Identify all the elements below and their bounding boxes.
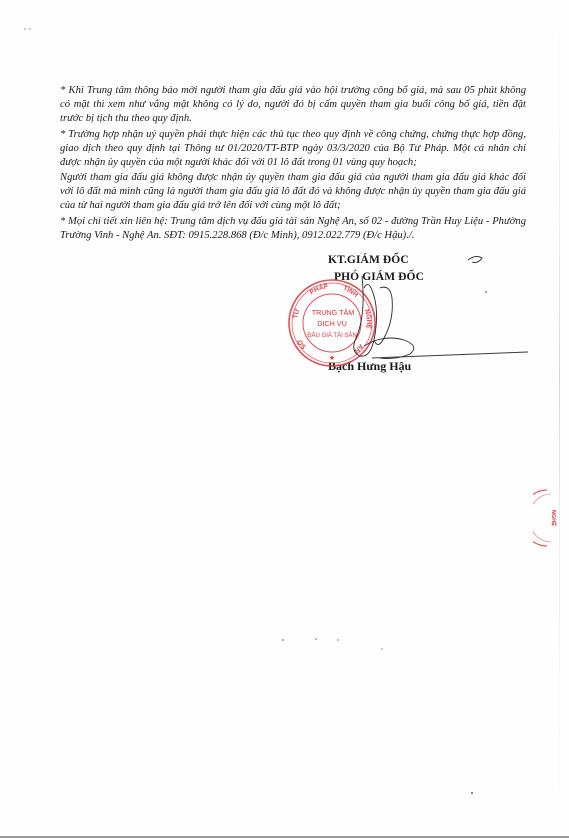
- paragraph-auction-attendance: * Khi Trung tâm thông báo mời người tham…: [60, 84, 526, 126]
- svg-text:NGHỆ: NGHỆ: [550, 510, 558, 526]
- svg-text:ĐẤU GIÁ TÀI SẢN: ĐẤU GIÁ TÀI SẢN: [307, 332, 357, 339]
- svg-text:DỊCH VỤ: DỊCH VỤ: [317, 319, 347, 328]
- svg-text:TƯ: TƯ: [292, 307, 301, 319]
- scan-edge: [559, 0, 560, 838]
- document-body: * Khi Trung tâm thông báo mời người tham…: [60, 84, 526, 243]
- scan-speck: [29, 28, 31, 30]
- scan-speck: [315, 638, 317, 640]
- svg-text:NGHỆ: NGHỆ: [363, 309, 374, 330]
- scan-speck: [337, 639, 339, 641]
- scan-speck: [381, 648, 383, 650]
- svg-text:★: ★: [329, 354, 335, 362]
- scan-speck: [485, 291, 487, 293]
- paragraph-authorization-restrictions: Người tham gia đấu giá không được nhận ủ…: [60, 171, 526, 213]
- signature-title-director: KT.GIÁM ĐỐC: [328, 254, 409, 266]
- official-seal-icon: TƯ PHÁP TỈNH NGHỆ AN SỞ TRUNG TÂM DỊCH V…: [287, 278, 377, 368]
- svg-text:TRUNG TÂM: TRUNG TÂM: [312, 308, 355, 317]
- scan-speck: [24, 28, 26, 30]
- scan-speck: [282, 639, 284, 641]
- scan-speck: [471, 792, 473, 794]
- document-page: * Khi Trung tâm thông báo mời người tham…: [0, 0, 569, 836]
- paragraph-authorization: * Trường hợp nhận uỷ quyền phải thực hiệ…: [60, 128, 526, 170]
- paragraph-contact-info: * Mọi chi tiết xin liên hệ: Trung tâm dị…: [60, 215, 526, 243]
